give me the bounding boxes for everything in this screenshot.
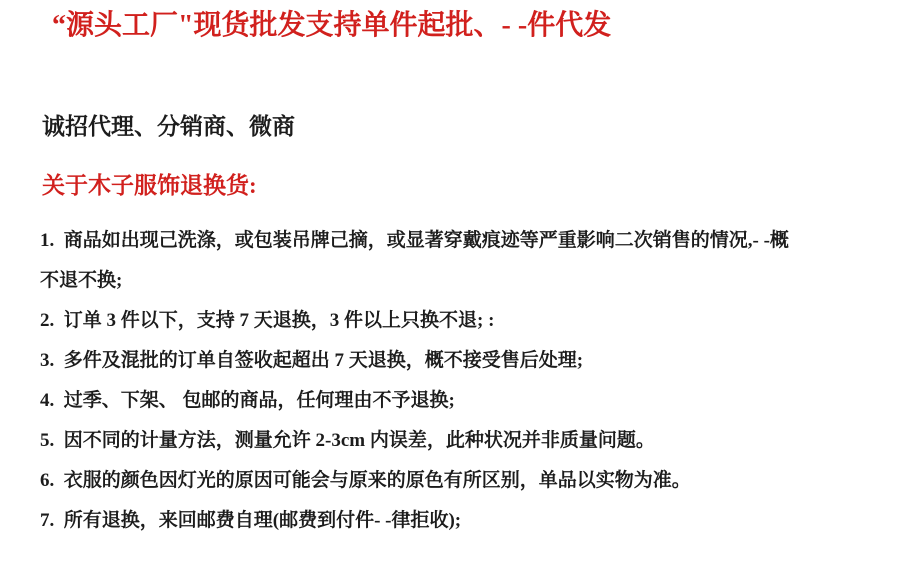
policy-line-7: 7. 所有退换，来回邮费自理(邮费到付件- -律拒收); [40,501,891,541]
product-policy-page: “源头工厂"现货批发支持单件起批、- -件代发 诚招代理、分销商、微商 关于木子… [0,0,921,580]
returns-section-heading: 关于木子服饰退换货: [42,171,257,201]
returns-policy-list: 1. 商品如出现己洗涤，或包装吊牌己摘，或显著穿戴痕迹等严重影响二次销售的情况,… [40,221,891,541]
policy-line-4: 4. 过季、下架、 包邮的商品，任何理由不予退换; [40,381,891,421]
policy-line-6: 6. 衣服的颜色因灯光的原因可能会与原来的原色有所区别，单品以实物为准。 [40,461,891,501]
page-title: “源头工厂"现货批发支持单件起批、- -件代发 [52,8,611,44]
policy-line-3: 3. 多件及混批的订单自签收起超出 7 天退换，概不接受售后处理; [40,341,891,381]
policy-line-2: 2. 订单 3 件以下，支持 7 天退换，3 件以上只换不退; : [40,301,891,341]
policy-line-1: 1. 商品如出现己洗涤，或包装吊牌己摘，或显著穿戴痕迹等严重影响二次销售的情况,… [40,221,891,261]
policy-line-5: 5. 因不同的计量方法，测量允许 2-3cm 内误差，此种状况并非质量问题。 [40,421,891,461]
recruit-subtitle: 诚招代理、分销商、微商 [42,112,295,142]
policy-line-1-continued: 不退不换; [40,261,891,301]
